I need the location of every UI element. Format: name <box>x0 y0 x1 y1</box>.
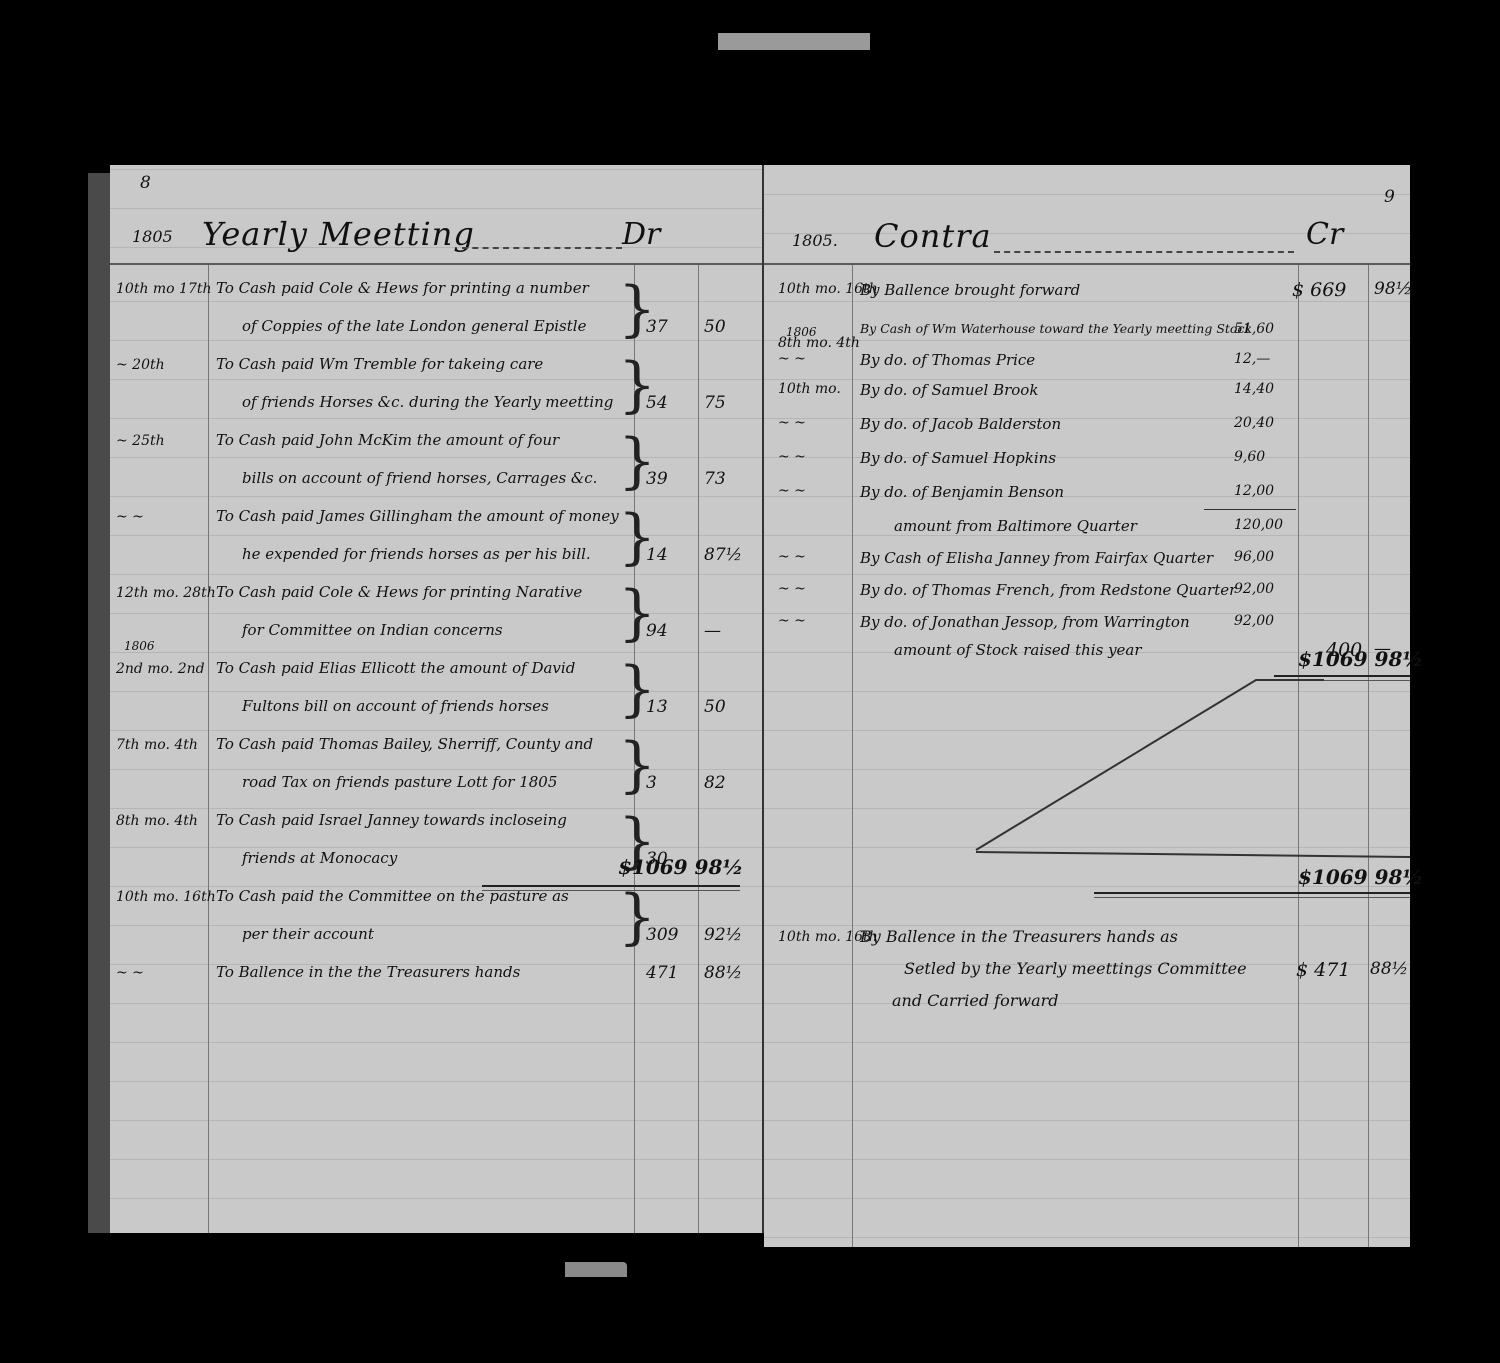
entry-date: 7th mo. 4th <box>116 737 198 753</box>
entry-text: By do. of Samuel Hopkins <box>860 449 1056 467</box>
entry-amount: 12,00 <box>1234 483 1274 499</box>
entry-dollars: 14 <box>646 545 668 565</box>
film-strip-bottom <box>565 1262 627 1277</box>
entry-cents: 73 <box>704 469 726 489</box>
entry-text: By do. of Thomas Price <box>860 351 1035 369</box>
entry-cents: 98½ <box>1374 279 1412 299</box>
entry-dollars: 3 <box>646 773 657 793</box>
header-rule <box>110 263 762 265</box>
entry-dollars: $ 669 <box>1292 279 1346 301</box>
entry-year: 1806 <box>124 639 155 653</box>
dollars-column-rule <box>1298 263 1299 1247</box>
entry-text: road Tax on friends pasture Lott for 180… <box>242 773 557 791</box>
entry-date: ~ ~ <box>778 581 806 597</box>
entry-dollars: $ 471 <box>1296 959 1350 981</box>
leader-dots <box>994 251 1294 253</box>
entry-cents: 75 <box>704 393 726 413</box>
entry-amount: 120,00 <box>1234 517 1283 533</box>
debit-total: $1069 98½ <box>618 855 743 879</box>
entry-date: 8th mo. 4th <box>116 813 198 829</box>
subtotal-rule <box>1274 675 1410 681</box>
entry-text: per their account <box>242 925 374 943</box>
entry-cents: 88½ <box>1370 959 1408 979</box>
cents-column-rule <box>698 263 699 1233</box>
entry-text: amount of Stock raised this year <box>894 641 1142 659</box>
entry-text: Setled by the Yearly meettings Committee <box>904 959 1247 978</box>
entry-text: bills on account of friend horses, Carra… <box>242 469 597 487</box>
entry-text: To Ballence in the the Treasurers hands <box>216 963 520 981</box>
entry-text: To Cash paid Elias Ellicott the amount o… <box>216 659 575 677</box>
entry-date: 10th mo 17th <box>116 281 212 297</box>
entry-dollars: 37 <box>646 317 668 337</box>
entry-cents: 50 <box>704 697 726 717</box>
entry-text: To Cash paid Thomas Bailey, Sherriff, Co… <box>216 735 593 753</box>
account-title: Contra <box>874 217 992 255</box>
date-column-rule <box>208 263 209 1233</box>
entry-text: By do. of Jacob Balderston <box>860 415 1061 433</box>
entry-dollars: 94 <box>646 621 668 641</box>
entry-cents: 50 <box>704 317 726 337</box>
right-page-credit: 9 1805. Contra Cr 10th mo. 16thBy Ballen… <box>764 165 1410 1247</box>
entry-date: ~ ~ <box>778 415 806 431</box>
entry-amount: 92,00 <box>1234 581 1274 597</box>
total-rule <box>1094 892 1410 898</box>
entry-date: ~ ~ <box>778 483 806 499</box>
entry-date: ~ ~ <box>778 613 806 629</box>
entry-text: By Ballence in the Treasurers hands as <box>860 927 1178 946</box>
entry-amount: 20,40 <box>1234 415 1274 431</box>
leader-dots <box>462 247 622 249</box>
entry-text: To Cash paid Israel Janney towards inclo… <box>216 811 567 829</box>
entry-dollars: 39 <box>646 469 668 489</box>
entry-amount: 96,00 <box>1234 549 1274 565</box>
debit-label: Dr <box>622 217 660 252</box>
entry-text: To Cash paid James Gillingham the amount… <box>216 507 619 525</box>
entry-text: amount from Baltimore Quarter <box>894 517 1137 535</box>
entry-cents: 82 <box>704 773 726 793</box>
entry-text: To Cash paid Wm Tremble for takeing care <box>216 355 543 373</box>
entry-text: he expended for friends horses as per hi… <box>242 545 591 563</box>
entry-date: ~ ~ <box>116 509 144 525</box>
entry-text: By do. of Jonathan Jessop, from Warringt… <box>860 613 1190 631</box>
entry-date: ~ 20th <box>116 357 165 373</box>
total-rule <box>482 885 740 891</box>
account-title: Yearly Meetting <box>202 215 475 253</box>
entry-date: ~ ~ <box>116 965 144 981</box>
entry-cents: — <box>704 621 721 641</box>
entry-amount: 14,40 <box>1234 381 1274 397</box>
entry-date: 12th mo. 28th <box>116 585 216 601</box>
left-page-debit: 8 1805 Yearly Meetting Dr 10th mo 17thTo… <box>110 165 764 1233</box>
entry-cents: 87½ <box>704 545 742 565</box>
entry-date: 10th mo. <box>778 381 841 397</box>
entry-dollars: 309 <box>646 925 678 945</box>
entry-dollars: 54 <box>646 393 668 413</box>
entry-date: ~ ~ <box>778 351 806 367</box>
entry-text: for Committee on Indian concerns <box>242 621 503 639</box>
entry-text: friends at Monocacy <box>242 849 397 867</box>
entry-text: By do. of Thomas French, from Redstone Q… <box>860 581 1236 599</box>
entry-date: 10th mo. 16th <box>116 889 216 905</box>
entry-date: 2nd mo. 2nd <box>116 661 205 677</box>
ledger-year: 1805 <box>132 227 173 246</box>
entry-text: To Cash paid John McKim the amount of fo… <box>216 431 559 449</box>
quarter-subtotal-rule <box>1204 509 1296 510</box>
entry-dollars: 13 <box>646 697 668 717</box>
entry-text: By do. of Samuel Brook <box>860 381 1038 399</box>
entry-date: ~ ~ <box>778 449 806 465</box>
entry-date: ~ 25th <box>116 433 165 449</box>
entry-text: of friends Horses &c. during the Yearly … <box>242 393 613 411</box>
entry-amount: 92,00 <box>1234 613 1274 629</box>
credit-total: $1069 98½ <box>1298 865 1423 889</box>
entry-text: To Cash paid Cole & Hews for printing Na… <box>216 583 582 601</box>
entry-text: and Carried forward <box>892 991 1059 1010</box>
cents-column-rule <box>1368 263 1369 1247</box>
entry-amount: 9,60 <box>1234 449 1265 465</box>
entry-text: To Cash paid Cole & Hews for printing a … <box>216 279 589 297</box>
date-column-rule <box>852 263 853 1247</box>
entry-text: Fultons bill on account of friends horse… <box>242 697 549 715</box>
entry-amount: 51,60 <box>1234 321 1274 337</box>
entry-amount: 12,— <box>1234 351 1270 367</box>
entry-date: ~ ~ <box>778 549 806 565</box>
entry-text: By Ballence brought forward <box>860 281 1080 299</box>
page-number: 9 <box>1384 187 1395 207</box>
credit-subtotal: $1069 98½ <box>1298 647 1423 671</box>
entry-text: By do. of Benjamin Benson <box>860 483 1064 501</box>
entry-text: By Cash of Elisha Janney from Fairfax Qu… <box>860 549 1213 567</box>
ledger-spread: 8 1805 Yearly Meetting Dr 10th mo 17thTo… <box>88 165 1420 1250</box>
ledger-year: 1805. <box>792 231 838 250</box>
entry-dollars: 471 <box>646 963 678 983</box>
entry-text: of Coppies of the late London general Ep… <box>242 317 586 335</box>
page-number: 8 <box>140 173 151 193</box>
film-strip-top <box>718 33 870 50</box>
entry-cents: 88½ <box>704 963 742 983</box>
header-rule <box>764 263 1410 265</box>
entry-cents: 92½ <box>704 925 742 945</box>
entry-text: By Cash of Wm Waterhouse toward the Year… <box>860 321 1252 336</box>
entry-date: 8th mo. 4th <box>778 335 860 351</box>
credit-label: Cr <box>1306 217 1343 252</box>
